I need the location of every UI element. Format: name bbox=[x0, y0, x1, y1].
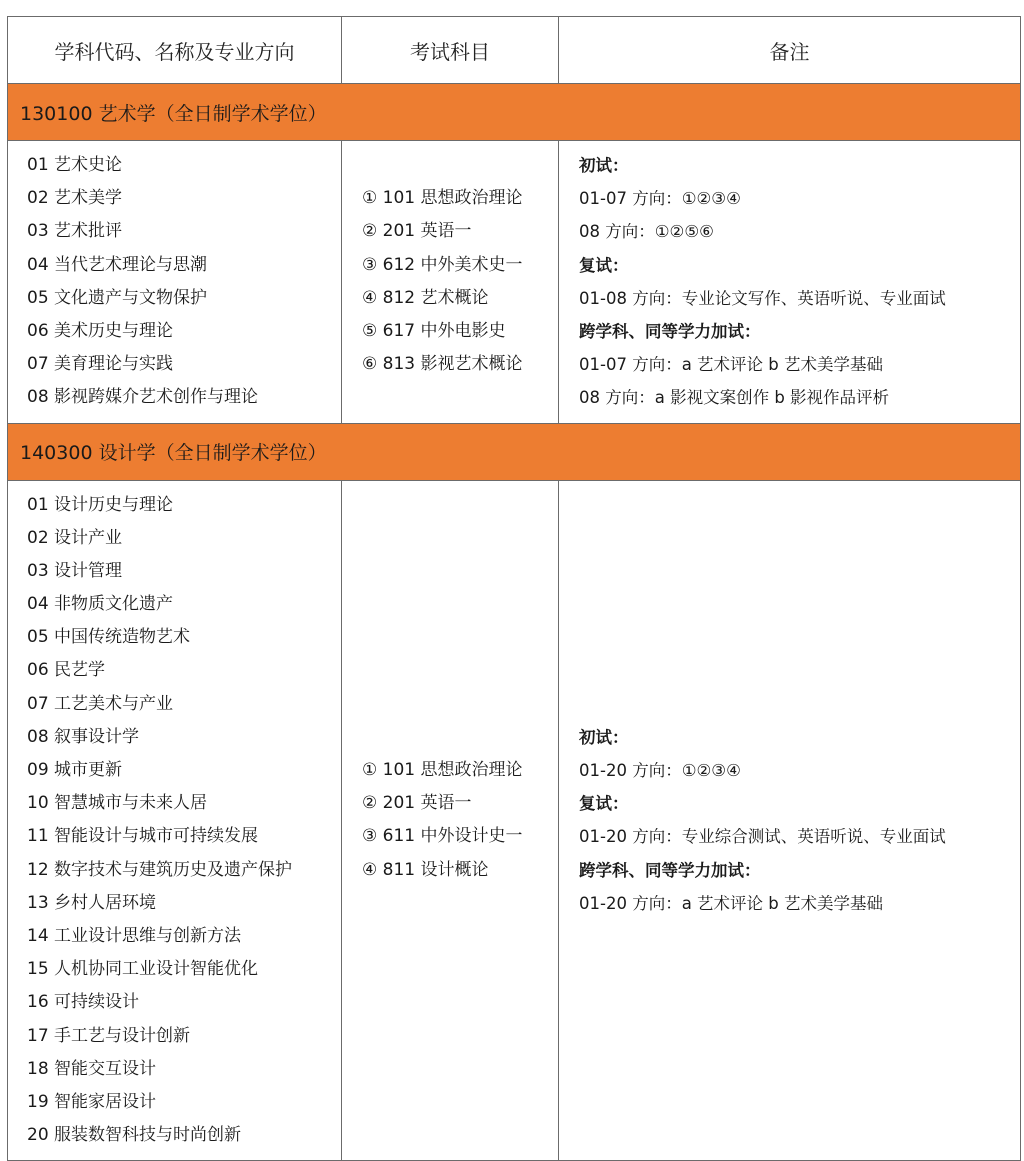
remark-heading: 初试： bbox=[579, 721, 1020, 754]
direction-item: 18 智能交互设计 bbox=[27, 1053, 341, 1086]
subject-item: ② 201 英语一 bbox=[362, 215, 558, 248]
direction-item: 13 乡村人居环境 bbox=[27, 887, 341, 920]
remark-heading: 复试： bbox=[579, 787, 1020, 820]
remark-heading: 复试： bbox=[579, 249, 1020, 282]
direction-item: 03 艺术批评 bbox=[27, 215, 341, 248]
directions-cell: 01 艺术史论 02 艺术美学 03 艺术批评 04 当代艺术理论与思潮 05 … bbox=[8, 141, 342, 424]
section-title: 140300 设计学（全日制学术学位） bbox=[8, 423, 1021, 480]
direction-item: 02 艺术美学 bbox=[27, 182, 341, 215]
admissions-table: 学科代码、名称及专业方向 考试科目 备注 130100 艺术学（全日制学术学位）… bbox=[7, 16, 1021, 1161]
subjects-cell: ① 101 思想政治理论 ② 201 英语一 ③ 612 中外美术史一 ④ 81… bbox=[342, 141, 559, 424]
direction-item: 04 当代艺术理论与思潮 bbox=[27, 249, 341, 282]
direction-item: 16 可持续设计 bbox=[27, 986, 341, 1019]
remark-heading: 跨学科、同等学力加试： bbox=[579, 854, 1020, 887]
header-exam-subjects: 考试科目 bbox=[342, 17, 559, 84]
direction-item: 06 民艺学 bbox=[27, 654, 341, 687]
section-row-design: 01 设计历史与理论 02 设计产业 03 设计管理 04 非物质文化遗产 05… bbox=[8, 480, 1021, 1161]
direction-item: 12 数字技术与建筑历史及遗产保护 bbox=[27, 854, 341, 887]
direction-item: 07 美育理论与实践 bbox=[27, 348, 341, 381]
remarks-cell: 初试： 01-20 方向：①②③④ 复试： 01-20 方向：专业综合测试、英语… bbox=[559, 480, 1021, 1161]
remark-line: 08 方向：a 影视文案创作 b 影视作品评析 bbox=[579, 381, 1020, 414]
remark-line: 08 方向：①②⑤⑥ bbox=[579, 215, 1020, 248]
subject-item: ① 101 思想政治理论 bbox=[362, 754, 558, 787]
direction-item: 11 智能设计与城市可持续发展 bbox=[27, 820, 341, 853]
direction-item: 19 智能家居设计 bbox=[27, 1086, 341, 1119]
direction-item: 09 城市更新 bbox=[27, 754, 341, 787]
remark-line: 01-20 方向：专业综合测试、英语听说、专业面试 bbox=[579, 820, 1020, 853]
remark-line: 01-07 方向：a 艺术评论 b 艺术美学基础 bbox=[579, 348, 1020, 381]
subject-item: ① 101 思想政治理论 bbox=[362, 182, 558, 215]
direction-item: 08 叙事设计学 bbox=[27, 721, 341, 754]
remark-line: 01-07 方向：①②③④ bbox=[579, 182, 1020, 215]
direction-item: 03 设计管理 bbox=[27, 555, 341, 588]
direction-item: 06 美术历史与理论 bbox=[27, 315, 341, 348]
subject-item: ③ 612 中外美术史一 bbox=[362, 249, 558, 282]
direction-item: 08 影视跨媒介艺术创作与理论 bbox=[27, 381, 341, 414]
subject-item: ④ 811 设计概论 bbox=[362, 854, 558, 887]
section-title: 130100 艺术学（全日制学术学位） bbox=[8, 84, 1021, 141]
remark-heading: 初试： bbox=[579, 149, 1020, 182]
direction-item: 04 非物质文化遗产 bbox=[27, 588, 341, 621]
section-band-art: 130100 艺术学（全日制学术学位） bbox=[8, 84, 1021, 141]
direction-item: 07 工艺美术与产业 bbox=[27, 688, 341, 721]
direction-item: 15 人机协同工业设计智能优化 bbox=[27, 953, 341, 986]
subject-item: ⑤ 617 中外电影史 bbox=[362, 315, 558, 348]
directions-cell: 01 设计历史与理论 02 设计产业 03 设计管理 04 非物质文化遗产 05… bbox=[8, 480, 342, 1161]
remark-line: 01-20 方向：a 艺术评论 b 艺术美学基础 bbox=[579, 887, 1020, 920]
subject-item: ④ 812 艺术概论 bbox=[362, 282, 558, 315]
direction-item: 10 智慧城市与未来人居 bbox=[27, 787, 341, 820]
header-discipline: 学科代码、名称及专业方向 bbox=[8, 17, 342, 84]
direction-item: 20 服装数智科技与时尚创新 bbox=[27, 1119, 341, 1152]
section-row-art: 01 艺术史论 02 艺术美学 03 艺术批评 04 当代艺术理论与思潮 05 … bbox=[8, 141, 1021, 424]
subject-item: ③ 611 中外设计史一 bbox=[362, 820, 558, 853]
direction-item: 05 中国传统造物艺术 bbox=[27, 621, 341, 654]
subject-item: ⑥ 813 影视艺术概论 bbox=[362, 348, 558, 381]
direction-item: 17 手工艺与设计创新 bbox=[27, 1020, 341, 1053]
remark-heading: 跨学科、同等学力加试： bbox=[579, 315, 1020, 348]
remark-line: 01-20 方向：①②③④ bbox=[579, 754, 1020, 787]
remarks-cell: 初试： 01-07 方向：①②③④ 08 方向：①②⑤⑥ 复试： 01-08 方… bbox=[559, 141, 1021, 424]
subject-item: ② 201 英语一 bbox=[362, 787, 558, 820]
direction-item: 14 工业设计思维与创新方法 bbox=[27, 920, 341, 953]
header-row: 学科代码、名称及专业方向 考试科目 备注 bbox=[8, 17, 1021, 84]
direction-item: 01 艺术史论 bbox=[27, 149, 341, 182]
header-remarks: 备注 bbox=[559, 17, 1021, 84]
direction-item: 01 设计历史与理论 bbox=[27, 489, 341, 522]
section-band-design: 140300 设计学（全日制学术学位） bbox=[8, 423, 1021, 480]
subjects-cell: ① 101 思想政治理论 ② 201 英语一 ③ 611 中外设计史一 ④ 81… bbox=[342, 480, 559, 1161]
direction-item: 05 文化遗产与文物保护 bbox=[27, 282, 341, 315]
direction-item: 02 设计产业 bbox=[27, 522, 341, 555]
remark-line: 01-08 方向：专业论文写作、英语听说、专业面试 bbox=[579, 282, 1020, 315]
